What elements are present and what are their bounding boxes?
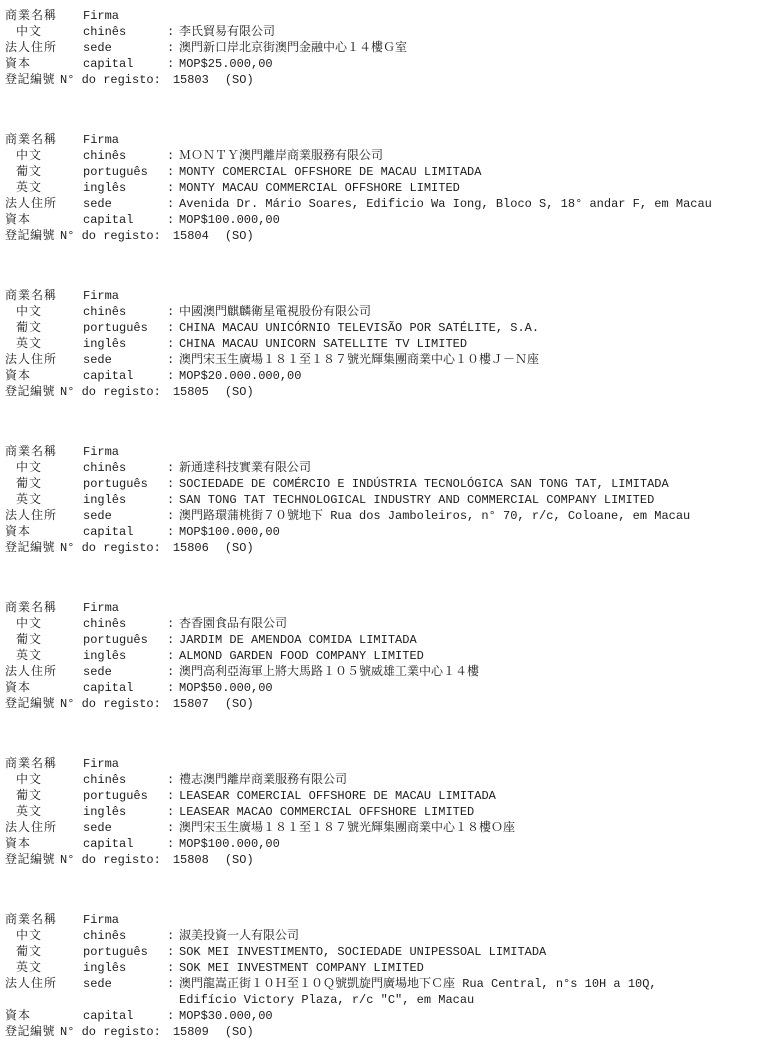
chinese-label-pt: chinês: [83, 460, 167, 476]
capital-label-pt: capital: [83, 524, 167, 540]
firma-label-zh: 商業名稱: [5, 756, 83, 772]
capital-label-zh: 資本: [5, 368, 83, 384]
sede-row: 法人住所 sede : 澳門高利亞海軍上將大馬路１０５號威雄工業中心１４樓: [5, 664, 765, 680]
colon-separator: :: [167, 148, 179, 164]
registo-row: 登記編號 N° do registo: 15809 (SO): [5, 1024, 765, 1040]
english-name-row: 英文 inglês : SAN TONG TAT TECHNOLOGICAL I…: [5, 492, 765, 508]
chinese-name-row: 中文 chinês : 禮志澳門離岸商業服務有限公司: [5, 772, 765, 788]
registo-code: (SO): [225, 1024, 254, 1040]
chinese-label-pt: chinês: [83, 304, 167, 320]
sede-value: 澳門宋玉生廣場１８１至１８７號光輝集團商業中心１８樓Ｏ座: [179, 820, 765, 836]
sede-value: 澳門宋玉生廣場１８１至１８７號光輝集團商業中心１０樓Ｊ－Ｎ座: [179, 352, 765, 368]
colon-separator: :: [167, 352, 179, 368]
registo-number: 15806: [173, 540, 209, 556]
english-label-zh: 英文: [5, 804, 83, 820]
firma-label-zh: 商業名稱: [5, 132, 83, 148]
sede-row: 法人住所 sede : Avenida Dr. Mário Soares, Ed…: [5, 196, 765, 212]
capital-row: 資本 capital : MOP$25.000,00: [5, 56, 765, 72]
sede-label-pt: sede: [83, 508, 167, 524]
capital-label-pt: capital: [83, 56, 167, 72]
colon-separator: :: [167, 1008, 179, 1024]
firma-label-pt: Firma: [83, 132, 167, 148]
colon-separator: :: [167, 304, 179, 320]
portuguese-label-pt: português: [83, 944, 167, 960]
capital-label-zh: 資本: [5, 836, 83, 852]
chinese-label-pt: chinês: [83, 616, 167, 632]
firma-label-zh: 商業名稱: [5, 912, 83, 928]
english-label-pt: inglês: [83, 336, 167, 352]
company-registration-entry: 商業名稱 Firma 中文 chinês : 禮志澳門離岸商業服務有限公司 葡文…: [5, 756, 765, 868]
english-name-value: CHINA MACAU UNICORN SATELLITE TV LIMITED: [179, 336, 765, 352]
sede-row: 法人住所 sede : 澳門龍嵩正街１０Ｈ至１０Ｑ號凱旋門廣場地下Ｃ座 Rua …: [5, 976, 765, 992]
chinese-label-pt: chinês: [83, 772, 167, 788]
portuguese-label-pt: português: [83, 788, 167, 804]
portuguese-name-row: 葡文 português : JARDIM DE AMENDOA COMIDA …: [5, 632, 765, 648]
sede-row: 法人住所 sede : 澳門宋玉生廣場１８１至１８７號光輝集團商業中心１８樓Ｏ座: [5, 820, 765, 836]
registo-code: (SO): [225, 852, 254, 868]
english-name-value: ALMOND GARDEN FOOD COMPANY LIMITED: [179, 648, 765, 664]
english-label-zh: 英文: [5, 960, 83, 976]
capital-label-pt: capital: [83, 836, 167, 852]
firma-label-pt: Firma: [83, 8, 167, 24]
colon-separator: :: [167, 616, 179, 632]
sede-row: 法人住所 sede : 澳門路環蒲桃街７０號地下 Rua dos Jambole…: [5, 508, 765, 524]
capital-label-zh: 資本: [5, 56, 83, 72]
colon-separator: :: [167, 336, 179, 352]
firma-label-zh: 商業名稱: [5, 8, 83, 24]
capital-value: MOP$100.000,00: [179, 212, 765, 228]
portuguese-name-row: 葡文 português : SOK MEI INVESTIMENTO, SOC…: [5, 944, 765, 960]
registo-label-zh: 登記編號: [5, 540, 60, 556]
colon-separator: :: [167, 772, 179, 788]
english-name-value: LEASEAR MACAO COMMERCIAL OFFSHORE LIMITE…: [179, 804, 765, 820]
registo-label-pt: N° do registo:: [60, 72, 161, 88]
portuguese-label-pt: português: [83, 164, 167, 180]
colon-separator: :: [167, 804, 179, 820]
registo-label-zh: 登記編號: [5, 72, 60, 88]
registo-code: (SO): [225, 72, 254, 88]
chinese-label-zh: 中文: [5, 616, 83, 632]
sede-value: 澳門路環蒲桃街７０號地下 Rua dos Jamboleiros, n° 70,…: [179, 508, 765, 524]
portuguese-name-value: CHINA MACAU UNICÓRNIO TELEVISÃO POR SATÉ…: [179, 320, 765, 336]
colon-separator: :: [167, 476, 179, 492]
english-name-row: 英文 inglês : LEASEAR MACAO COMMERCIAL OFF…: [5, 804, 765, 820]
registo-number: 15809: [173, 1024, 209, 1040]
registo-label-pt: N° do registo:: [60, 384, 161, 400]
chinese-label-zh: 中文: [5, 24, 83, 40]
sede-label-zh: 法人住所: [5, 664, 83, 680]
registo-label-pt: N° do registo:: [60, 228, 161, 244]
company-registration-entry: 商業名稱 Firma 中文 chinês : 中國澳門麒麟衛星電視股份有限公司 …: [5, 288, 765, 400]
company-registration-entry: 商業名稱 Firma 中文 chinês : 李氏貿易有限公司 法人住所 sed…: [5, 8, 765, 88]
registo-code: (SO): [225, 540, 254, 556]
english-label-zh: 英文: [5, 492, 83, 508]
capital-row: 資本 capital : MOP$100.000,00: [5, 836, 765, 852]
colon-separator: :: [167, 680, 179, 696]
registo-label-pt: N° do registo:: [60, 540, 161, 556]
gazette-page: 商業名稱 Firma 中文 chinês : 李氏貿易有限公司 法人住所 sed…: [0, 0, 769, 1040]
colon-separator: :: [167, 212, 179, 228]
registo-label-zh: 登記編號: [5, 852, 60, 868]
chinese-name-value: ＭＯＮＴＹ澳門離岸商業服務有限公司: [179, 148, 765, 164]
english-label-pt: inglês: [83, 180, 167, 196]
colon-separator: :: [167, 24, 179, 40]
english-name-row: 英文 inglês : MONTY MACAU COMMERCIAL OFFSH…: [5, 180, 765, 196]
firma-label-pt: Firma: [83, 288, 167, 304]
sede-label-pt: sede: [83, 196, 167, 212]
registo-label-pt: N° do registo:: [60, 1024, 161, 1040]
colon-separator: :: [167, 648, 179, 664]
company-registration-entry: 商業名稱 Firma 中文 chinês : ＭＯＮＴＹ澳門離岸商業服務有限公司…: [5, 132, 765, 244]
registo-label-pt: N° do registo:: [60, 696, 161, 712]
capital-label-pt: capital: [83, 212, 167, 228]
chinese-label-zh: 中文: [5, 460, 83, 476]
capital-label-pt: capital: [83, 368, 167, 384]
portuguese-label-zh: 葡文: [5, 788, 83, 804]
capital-row: 資本 capital : MOP$20.000.000,00: [5, 368, 765, 384]
english-name-row: 英文 inglês : SOK MEI INVESTMENT COMPANY L…: [5, 960, 765, 976]
capital-row: 資本 capital : MOP$50.000,00: [5, 680, 765, 696]
registo-label-zh: 登記編號: [5, 228, 60, 244]
firma-label-zh: 商業名稱: [5, 444, 83, 460]
registo-number: 15807: [173, 696, 209, 712]
capital-label-pt: capital: [83, 1008, 167, 1024]
sede-label-pt: sede: [83, 352, 167, 368]
english-label-pt: inglês: [83, 804, 167, 820]
capital-row: 資本 capital : MOP$30.000,00: [5, 1008, 765, 1024]
registo-row: 登記編號 N° do registo: 15807 (SO): [5, 696, 765, 712]
portuguese-label-pt: português: [83, 632, 167, 648]
capital-value: MOP$100.000,00: [179, 524, 765, 540]
colon-separator: :: [167, 460, 179, 476]
capital-label-pt: capital: [83, 680, 167, 696]
capital-value: MOP$50.000,00: [179, 680, 765, 696]
portuguese-name-value: MONTY COMERCIAL OFFSHORE DE MACAU LIMITA…: [179, 164, 765, 180]
chinese-name-value: 李氏貿易有限公司: [179, 24, 765, 40]
capital-label-zh: 資本: [5, 680, 83, 696]
portuguese-label-zh: 葡文: [5, 944, 83, 960]
portuguese-label-zh: 葡文: [5, 320, 83, 336]
colon-separator: :: [167, 788, 179, 804]
english-name-value: SAN TONG TAT TECHNOLOGICAL INDUSTRY AND …: [179, 492, 765, 508]
company-registration-entry: 商業名稱 Firma 中文 chinês : 杏香園食品有限公司 葡文 port…: [5, 600, 765, 712]
firma-label-pt: Firma: [83, 444, 167, 460]
sede-label-pt: sede: [83, 40, 167, 56]
portuguese-name-row: 葡文 português : MONTY COMERCIAL OFFSHORE …: [5, 164, 765, 180]
colon-separator: :: [167, 508, 179, 524]
firma-row: 商業名稱 Firma: [5, 756, 765, 772]
firma-row: 商業名稱 Firma: [5, 912, 765, 928]
company-registration-entry: 商業名稱 Firma 中文 chinês : 淑美投資一人有限公司 葡文 por…: [5, 912, 765, 1040]
company-registration-entry: 商業名稱 Firma 中文 chinês : 新通達科技實業有限公司 葡文 po…: [5, 444, 765, 556]
chinese-name-row: 中文 chinês : 李氏貿易有限公司: [5, 24, 765, 40]
colon-separator: :: [167, 524, 179, 540]
chinese-name-value: 淑美投資一人有限公司: [179, 928, 765, 944]
colon-separator: :: [167, 976, 179, 992]
portuguese-label-pt: português: [83, 320, 167, 336]
sede-value: 澳門龍嵩正街１０Ｈ至１０Ｑ號凱旋門廣場地下Ｃ座 Rua Central, n°s…: [179, 976, 765, 992]
capital-label-zh: 資本: [5, 1008, 83, 1024]
english-label-pt: inglês: [83, 492, 167, 508]
firma-row: 商業名稱 Firma: [5, 600, 765, 616]
english-name-row: 英文 inglês : ALMOND GARDEN FOOD COMPANY L…: [5, 648, 765, 664]
chinese-name-value: 杏香園食品有限公司: [179, 616, 765, 632]
sede-label-zh: 法人住所: [5, 508, 83, 524]
capital-label-zh: 資本: [5, 212, 83, 228]
registo-number: 15805: [173, 384, 209, 400]
colon-separator: :: [167, 836, 179, 852]
chinese-name-value: 新通達科技實業有限公司: [179, 460, 765, 476]
chinese-name-value: 禮志澳門離岸商業服務有限公司: [179, 772, 765, 788]
colon-separator: :: [167, 928, 179, 944]
registo-number: 15803: [173, 72, 209, 88]
chinese-label-zh: 中文: [5, 304, 83, 320]
sede-label-zh: 法人住所: [5, 976, 83, 992]
sede-continuation-row: Edifício Victory Plaza, r/c "C", em Maca…: [5, 992, 765, 1008]
chinese-label-pt: chinês: [83, 148, 167, 164]
english-label-zh: 英文: [5, 336, 83, 352]
firma-label-zh: 商業名稱: [5, 288, 83, 304]
chinese-label-pt: chinês: [83, 928, 167, 944]
capital-value: MOP$25.000,00: [179, 56, 765, 72]
english-name-row: 英文 inglês : CHINA MACAU UNICORN SATELLIT…: [5, 336, 765, 352]
sede-label-pt: sede: [83, 976, 167, 992]
registo-code: (SO): [225, 384, 254, 400]
registo-row: 登記編號 N° do registo: 15804 (SO): [5, 228, 765, 244]
sede-value: 澳門高利亞海軍上將大馬路１０５號威雄工業中心１４樓: [179, 664, 765, 680]
chinese-name-value: 中國澳門麒麟衛星電視股份有限公司: [179, 304, 765, 320]
portuguese-label-zh: 葡文: [5, 164, 83, 180]
portuguese-name-value: SOK MEI INVESTIMENTO, SOCIEDADE UNIPESSO…: [179, 944, 765, 960]
chinese-label-zh: 中文: [5, 148, 83, 164]
portuguese-name-row: 葡文 português : SOCIEDADE DE COMÉRCIO E I…: [5, 476, 765, 492]
sede-label-zh: 法人住所: [5, 196, 83, 212]
registo-code: (SO): [225, 696, 254, 712]
chinese-name-row: 中文 chinês : 中國澳門麒麟衛星電視股份有限公司: [5, 304, 765, 320]
registo-label-zh: 登記編號: [5, 384, 60, 400]
colon-separator: :: [167, 320, 179, 336]
colon-separator: :: [167, 944, 179, 960]
colon-separator: :: [167, 820, 179, 836]
sede-value: Avenida Dr. Mário Soares, Edificio Wa Io…: [179, 196, 765, 212]
chinese-name-row: 中文 chinês : 新通達科技實業有限公司: [5, 460, 765, 476]
registo-label-pt: N° do registo:: [60, 852, 161, 868]
portuguese-name-value: LEASEAR COMERCIAL OFFSHORE DE MACAU LIMI…: [179, 788, 765, 804]
sede-value-line2: Edifício Victory Plaza, r/c "C", em Maca…: [179, 992, 765, 1008]
english-label-zh: 英文: [5, 648, 83, 664]
portuguese-name-value: SOCIEDADE DE COMÉRCIO E INDÚSTRIA TECNOL…: [179, 476, 765, 492]
sede-row: 法人住所 sede : 澳門宋玉生廣場１８１至１８７號光輝集團商業中心１０樓Ｊ－…: [5, 352, 765, 368]
colon-separator: :: [167, 56, 179, 72]
registo-number: 15808: [173, 852, 209, 868]
english-label-pt: inglês: [83, 648, 167, 664]
colon-separator: :: [167, 632, 179, 648]
capital-row: 資本 capital : MOP$100.000,00: [5, 212, 765, 228]
colon-separator: :: [167, 368, 179, 384]
sede-label-zh: 法人住所: [5, 820, 83, 836]
colon-separator: :: [167, 664, 179, 680]
capital-value: MOP$30.000,00: [179, 1008, 765, 1024]
portuguese-name-row: 葡文 português : LEASEAR COMERCIAL OFFSHOR…: [5, 788, 765, 804]
portuguese-label-zh: 葡文: [5, 476, 83, 492]
firma-row: 商業名稱 Firma: [5, 444, 765, 460]
registo-row: 登記編號 N° do registo: 15808 (SO): [5, 852, 765, 868]
colon-separator: :: [167, 180, 179, 196]
firma-label-pt: Firma: [83, 756, 167, 772]
colon-separator: :: [167, 196, 179, 212]
portuguese-label-zh: 葡文: [5, 632, 83, 648]
chinese-label-zh: 中文: [5, 772, 83, 788]
english-name-value: MONTY MACAU COMMERCIAL OFFSHORE LIMITED: [179, 180, 765, 196]
chinese-name-row: 中文 chinês : ＭＯＮＴＹ澳門離岸商業服務有限公司: [5, 148, 765, 164]
capital-value: MOP$20.000.000,00: [179, 368, 765, 384]
chinese-label-zh: 中文: [5, 928, 83, 944]
sede-row: 法人住所 sede : 澳門新口岸北京街澳門金融中心１４樓Ｇ室: [5, 40, 765, 56]
sede-label-pt: sede: [83, 820, 167, 836]
chinese-name-row: 中文 chinês : 淑美投資一人有限公司: [5, 928, 765, 944]
firma-row: 商業名稱 Firma: [5, 288, 765, 304]
firma-row: 商業名稱 Firma: [5, 132, 765, 148]
portuguese-name-value: JARDIM DE AMENDOA COMIDA LIMITADA: [179, 632, 765, 648]
sede-value: 澳門新口岸北京街澳門金融中心１４樓Ｇ室: [179, 40, 765, 56]
registo-label-zh: 登記編號: [5, 696, 60, 712]
sede-label-pt: sede: [83, 664, 167, 680]
sede-label-zh: 法人住所: [5, 352, 83, 368]
portuguese-name-row: 葡文 português : CHINA MACAU UNICÓRNIO TEL…: [5, 320, 765, 336]
colon-separator: :: [167, 40, 179, 56]
registo-row: 登記編號 N° do registo: 15806 (SO): [5, 540, 765, 556]
english-label-zh: 英文: [5, 180, 83, 196]
chinese-name-row: 中文 chinês : 杏香園食品有限公司: [5, 616, 765, 632]
registo-row: 登記編號 N° do registo: 15805 (SO): [5, 384, 765, 400]
capital-row: 資本 capital : MOP$100.000,00: [5, 524, 765, 540]
firma-label-pt: Firma: [83, 600, 167, 616]
firma-label-zh: 商業名稱: [5, 600, 83, 616]
english-label-pt: inglês: [83, 960, 167, 976]
firma-row: 商業名稱 Firma: [5, 8, 765, 24]
colon-separator: :: [167, 492, 179, 508]
registo-number: 15804: [173, 228, 209, 244]
chinese-label-pt: chinês: [83, 24, 167, 40]
colon-separator: :: [167, 960, 179, 976]
portuguese-label-pt: português: [83, 476, 167, 492]
firma-label-pt: Firma: [83, 912, 167, 928]
capital-label-zh: 資本: [5, 524, 83, 540]
capital-value: MOP$100.000,00: [179, 836, 765, 852]
colon-separator: :: [167, 164, 179, 180]
sede-label-zh: 法人住所: [5, 40, 83, 56]
english-name-value: SOK MEI INVESTMENT COMPANY LIMITED: [179, 960, 765, 976]
registo-label-zh: 登記編號: [5, 1024, 60, 1040]
registo-row: 登記編號 N° do registo: 15803 (SO): [5, 72, 765, 88]
registo-code: (SO): [225, 228, 254, 244]
